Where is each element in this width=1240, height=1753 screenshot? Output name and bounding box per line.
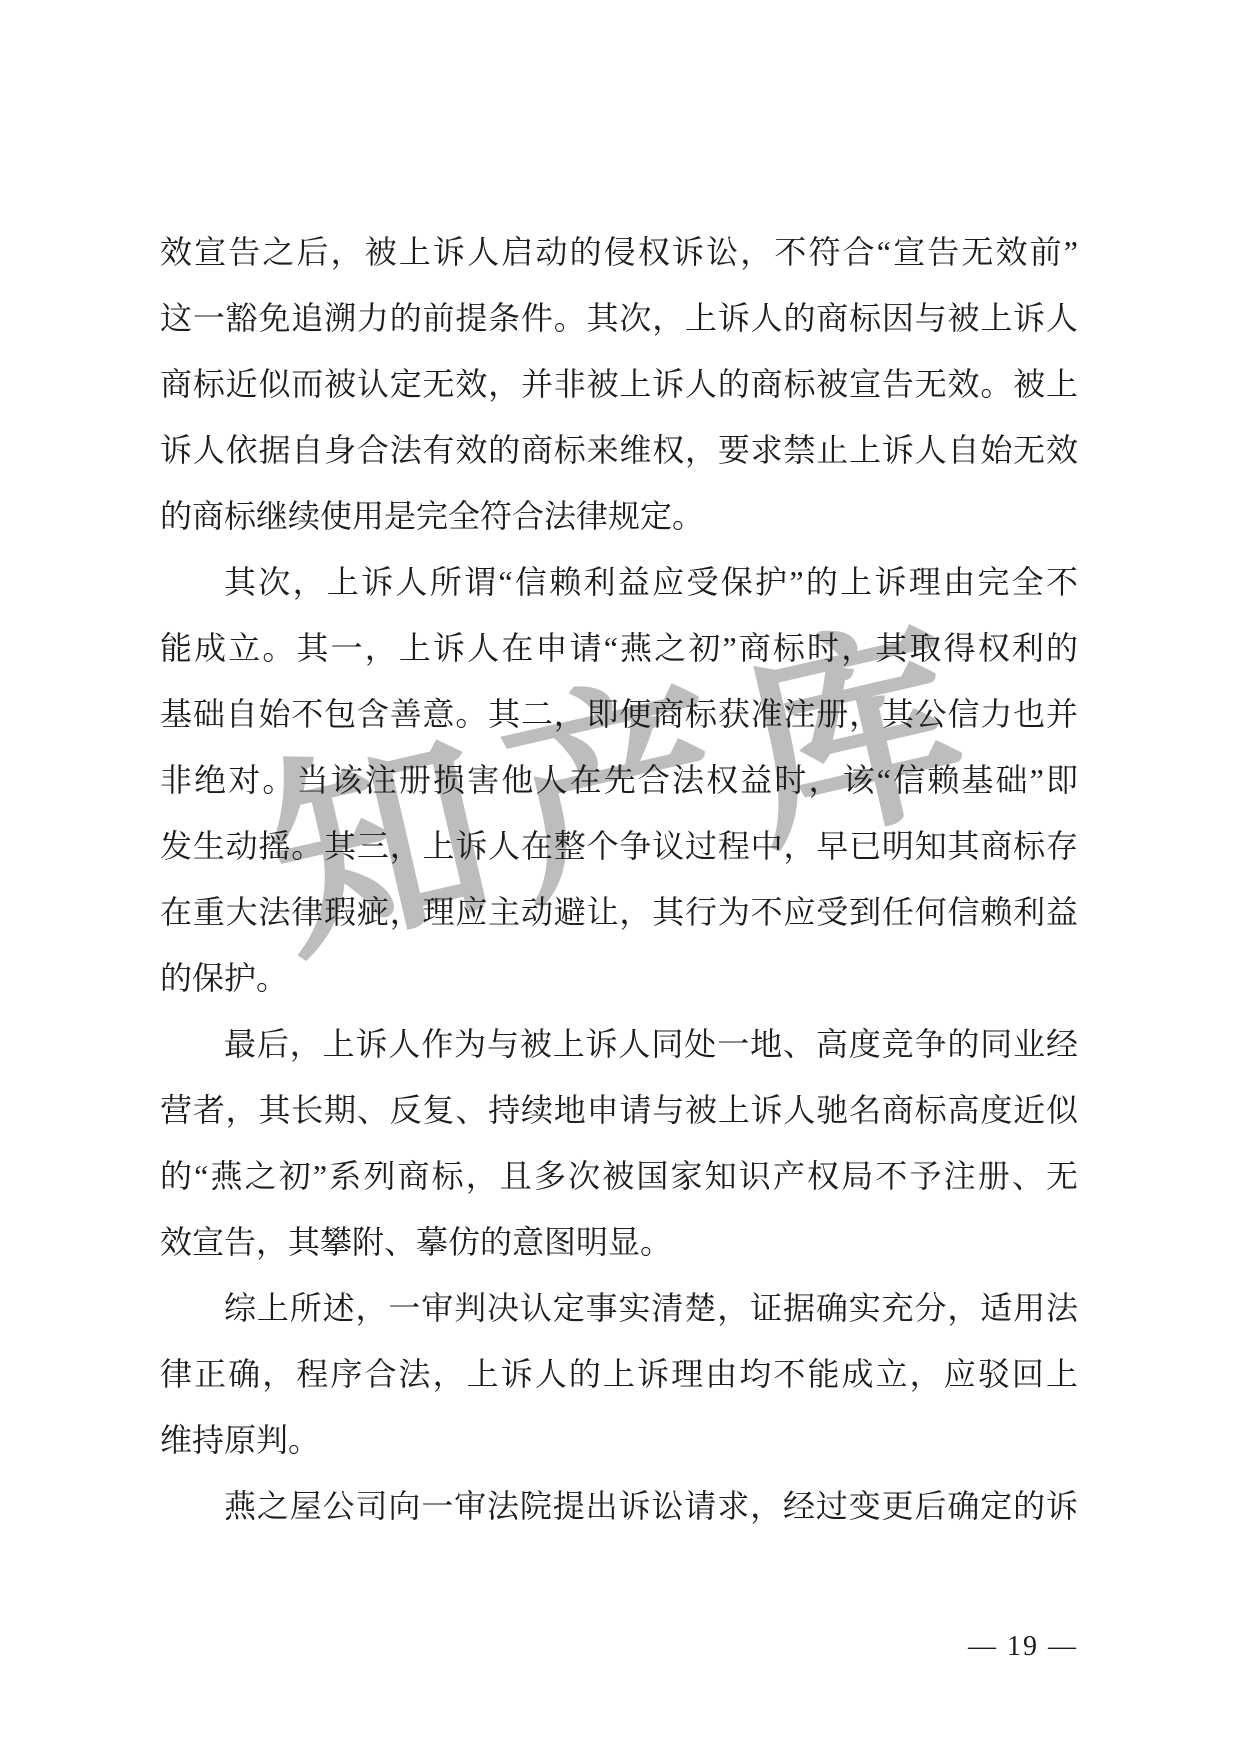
text-line: 能成立。其一，上诉人在申请“燕之初”商标时，其取得权利的 [160, 615, 1078, 681]
text-line: 综上所述，一审判决认定事实清楚，证据确实充分，适用法 [160, 1275, 1078, 1341]
text-line: 律正确，程序合法，上诉人的上诉理由均不能成立，应驳回上诉， [160, 1341, 1078, 1407]
text-line: 非绝对。当该注册损害他人在先合法权益时，该“信赖基础”即 [160, 747, 1078, 813]
text-line: 营者，其长期、反复、持续地申请与被上诉人驰名商标高度近似 [160, 1077, 1078, 1143]
judgment-text-block: 效宣告之后，被上诉人启动的侵权诉讼，不符合“宣告无效前” 这一豁免追溯力的前提条… [160, 219, 1078, 1539]
page-number: — 19 — [160, 1630, 1078, 1664]
text-line: 在重大法律瑕疵，理应主动避让，其行为不应受到任何信赖利益 [160, 879, 1078, 945]
text-line: 效宣告，其攀附、摹仿的意图明显。 [160, 1209, 1078, 1275]
text-line: 其次，上诉人所谓“信赖利益应受保护”的上诉理由完全不 [160, 549, 1078, 615]
text-line: 效宣告之后，被上诉人启动的侵权诉讼，不符合“宣告无效前” [160, 219, 1078, 285]
text-line: 维持原判。 [160, 1407, 1078, 1473]
text-line: 最后，上诉人作为与被上诉人同处一地、高度竞争的同业经 [160, 1011, 1078, 1077]
text-line: 商标近似而被认定无效，并非被上诉人的商标被宣告无效。被上 [160, 351, 1078, 417]
text-line: 的保护。 [160, 945, 1078, 1011]
text-line: 发生动摇。其三，上诉人在整个争议过程中，早已明知其商标存 [160, 813, 1078, 879]
document-page: 知产库 效宣告之后，被上诉人启动的侵权诉讼，不符合“宣告无效前” 这一豁免追溯力… [0, 0, 1240, 1753]
text-line: 的“燕之初”系列商标，且多次被国家知识产权局不予注册、无 [160, 1143, 1078, 1209]
text-line: 燕之屋公司向一审法院提出诉讼请求，经过变更后确定的诉 [160, 1473, 1078, 1539]
text-line: 这一豁免追溯力的前提条件。其次，上诉人的商标因与被上诉人 [160, 285, 1078, 351]
text-line: 基础自始不包含善意。其二，即便商标获准注册，其公信力也并 [160, 681, 1078, 747]
text-line: 的商标继续使用是完全符合法律规定。 [160, 483, 1078, 549]
text-line: 诉人依据自身合法有效的商标来维权，要求禁止上诉人自始无效 [160, 417, 1078, 483]
